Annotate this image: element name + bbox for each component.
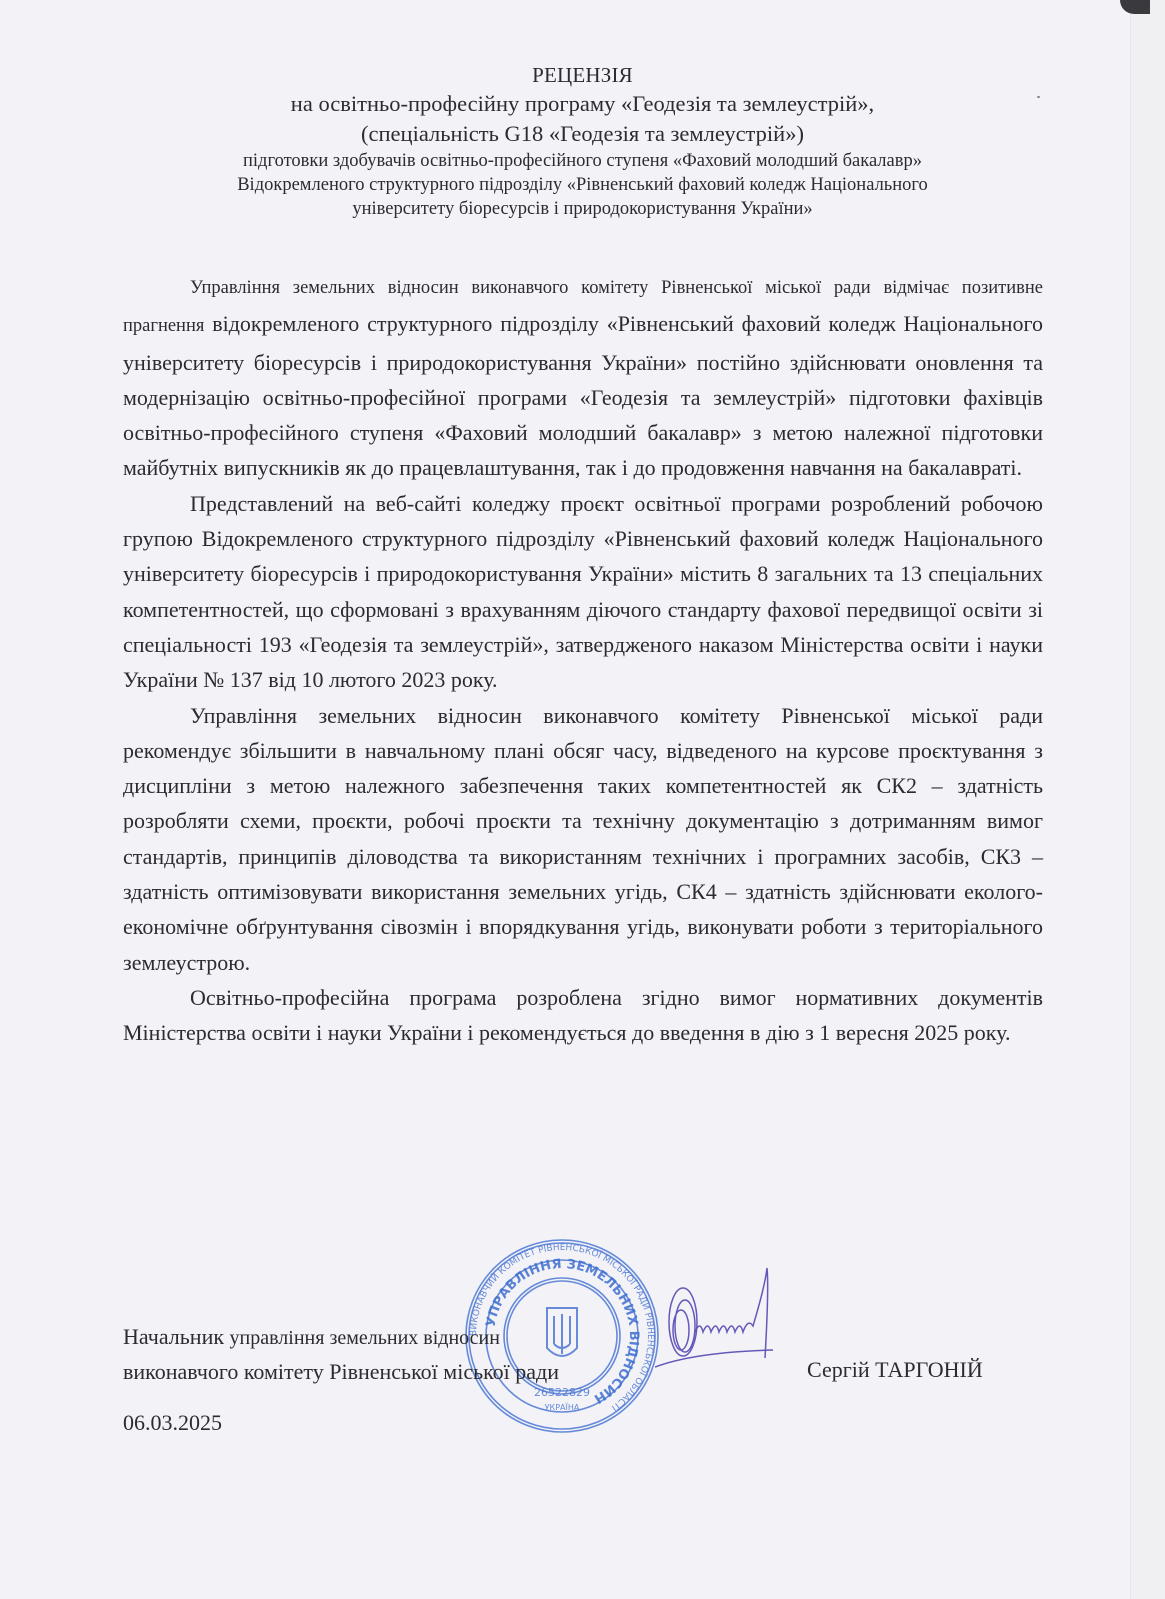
- signer-name: Сергій ТАРГОНІЙ: [807, 1353, 983, 1386]
- scanner-edge-strip: [1130, 0, 1165, 1599]
- paragraph-2: Представлений на веб-сайті коледжу проєк…: [123, 486, 1043, 698]
- header-university-line: університету біоресурсів і природокорист…: [130, 197, 1035, 221]
- review-body: Управління земельних відносин виконавчог…: [123, 268, 1043, 1051]
- scanner-corner-shadow: [1120, 0, 1150, 14]
- header-institution-line: Відокремленого структурного підрозділу «…: [130, 173, 1035, 197]
- svg-text:УКРАЇНА: УКРАЇНА: [545, 1402, 580, 1412]
- document-title: РЕЦЕНЗІЯ: [130, 62, 1035, 89]
- header-specialty-line: (спеціальність G18 «Геодезія та землеуст…: [130, 119, 1035, 149]
- handwritten-signature-icon: [655, 1262, 795, 1382]
- signature-block: Начальник управління земельних відносин …: [123, 1320, 1043, 1388]
- header-program-line: на освітньо-професійну програму «Геодезі…: [130, 89, 1035, 119]
- document-page: РЕЦЕНЗІЯ на освітньо-професійну програму…: [0, 0, 1150, 1599]
- signature-date: 06.03.2025: [123, 1410, 222, 1436]
- header-degree-line: підготовки здобувачів освітньо-професійн…: [130, 149, 1035, 173]
- signer-position-line-1: Начальник управління земельних відносин: [123, 1320, 1043, 1355]
- document-header: РЕЦЕНЗІЯ на освітньо-професійну програму…: [130, 62, 1035, 221]
- scan-speck: [1037, 96, 1040, 98]
- paragraph-3: Управління земельних відносин виконавчог…: [123, 698, 1043, 980]
- paragraph-4: Освітньо-професійна програма розроблена …: [123, 980, 1043, 1051]
- paragraph-1-text: відокремленого структурного підрозділу «…: [123, 311, 1043, 480]
- paragraph-1: Управління земельних відносин виконавчог…: [123, 268, 1043, 486]
